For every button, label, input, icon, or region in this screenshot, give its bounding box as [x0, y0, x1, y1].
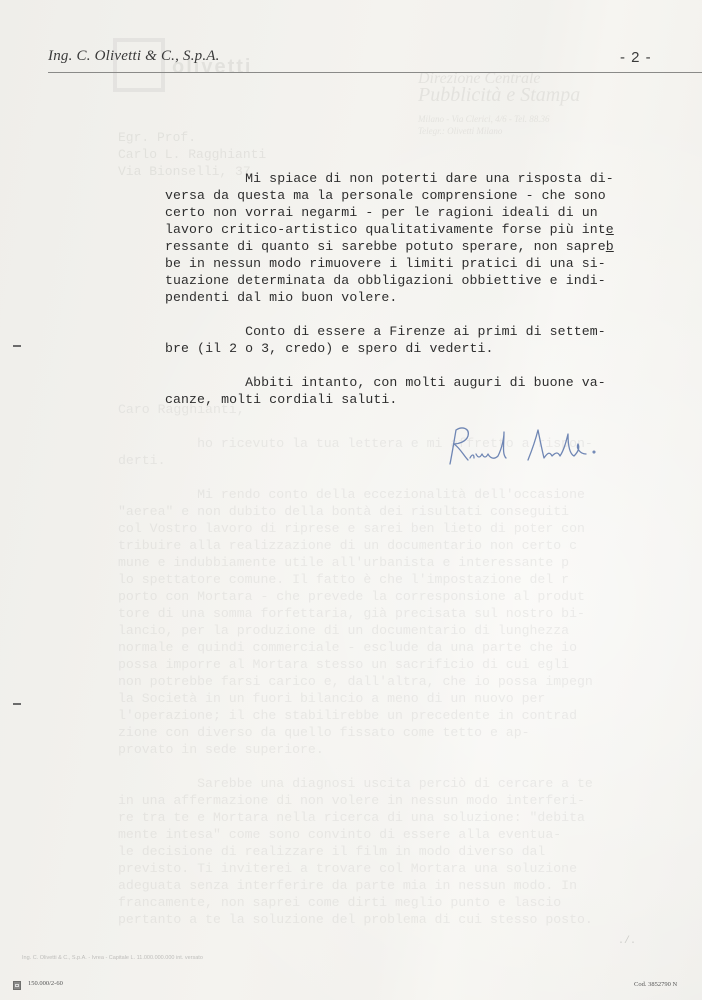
continuation-mark: ./. — [618, 936, 636, 947]
letter-line: canze, molti cordiali saluti. — [165, 391, 685, 408]
footer-print-line: Ing. C. Olivetti & C., S.p.A. - Ivrea - … — [22, 955, 203, 961]
letter-line: pendenti dal mio buon volere. — [165, 289, 685, 306]
handwritten-signature: Riccardo Musatti — [440, 424, 600, 468]
company-header: Ing. C. Olivetti & C., S.p.A. — [48, 48, 220, 65]
ghost-body-text: Caro Ragghianti, ho ricevuto la tua lett… — [118, 401, 593, 928]
letter-line: bre (il 2 o 3, credo) e spero di vederti… — [165, 340, 685, 357]
letter-paragraph: Mi spiace di non poterti dare una rispos… — [165, 170, 685, 306]
letter-line: versa da questa ma la personale comprens… — [165, 187, 685, 204]
letter-line: ressante di quanto si sarebbe potuto spe… — [165, 238, 685, 255]
ghost-logo-icon — [113, 38, 165, 92]
header-rule — [48, 72, 702, 73]
document-page: olivetti Direzione Centrale Pubblicità e… — [0, 0, 702, 1000]
letter-line: Mi spiace di non poterti dare una rispos… — [165, 170, 685, 187]
letter-line: lavoro critico-artistico qualitativament… — [165, 221, 685, 238]
letter-line: Conto di essere a Firenze ai primi di se… — [165, 323, 685, 340]
page-number: - 2 - — [620, 49, 652, 66]
letter-line: certo non vorrai negarmi - per le ragion… — [165, 204, 685, 221]
footer-print-run: 150.000/2-60 — [28, 980, 63, 987]
letter-line: tuazione determinata da obbligazioni obb… — [165, 272, 685, 289]
printer-mark-icon — [13, 981, 21, 990]
letter-body: Mi spiace di non poterti dare una rispos… — [165, 170, 685, 425]
fold-mark-bottom — [13, 703, 21, 705]
footer-code: Cod. 3852790 N — [634, 981, 677, 988]
ghost-telegraph: Telegr.: Olivetti Milano — [418, 126, 502, 136]
fold-mark-top — [13, 345, 21, 347]
ghost-address: Milano - Via Clerici, 4/6 - Tel. 88.36 — [418, 114, 550, 124]
letter-paragraph: Conto di essere a Firenze ai primi di se… — [165, 323, 685, 357]
letter-paragraph: Abbiti intanto, con molti auguri di buon… — [165, 374, 685, 408]
letter-line: be in nessun modo rimuovere i limiti pra… — [165, 255, 685, 272]
letter-line: Abbiti intanto, con molti auguri di buon… — [165, 374, 685, 391]
ghost-section: Pubblicità e Stampa — [418, 84, 580, 107]
